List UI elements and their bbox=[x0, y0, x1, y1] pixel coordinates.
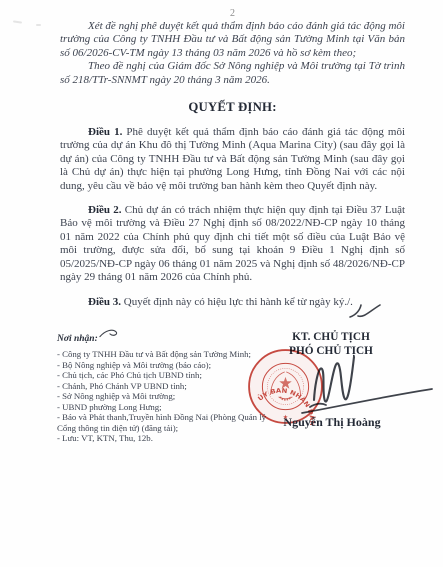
signature-icon bbox=[286, 345, 438, 425]
decision-heading: QUYẾT ĐỊNH: bbox=[60, 100, 405, 115]
recipient-item: - Chủ tịch, các Phó Chủ tịch UBND tỉnh; bbox=[57, 370, 269, 381]
article-1-label: Điều 1. bbox=[88, 126, 122, 138]
recipient-item: - Báo và Phát thanh,Truyền hình Đồng Nai… bbox=[57, 412, 269, 433]
article-1: Điều 1. Phê duyệt kết quả thẩm định báo … bbox=[60, 126, 405, 193]
signature-ink bbox=[286, 345, 438, 425]
preamble-paragraph: Xét đề nghị phê duyệt kết quả thẩm định … bbox=[60, 20, 405, 60]
page-number: 2 bbox=[60, 7, 405, 20]
article-3-text: Quyết định này có hiệu lực thi hành kể t… bbox=[124, 296, 353, 308]
recipient-item: - Lưu: VT, KTN, Thu, 12b. bbox=[57, 433, 269, 444]
signer-title-acting: KT. CHỦ TỊCH bbox=[250, 331, 412, 345]
recipient-list: - Công ty TNHH Đầu tư và Bất động sản Tư… bbox=[57, 349, 269, 444]
article-2: Điều 2. Chủ dự án có trách nhiệm thực hi… bbox=[60, 204, 405, 284]
recipients-block: Nơi nhận: - Công ty TNHH Đầu tư và Bất đ… bbox=[57, 327, 269, 444]
recipients-label: Nơi nhận: bbox=[57, 334, 98, 344]
pen-tick-icon bbox=[347, 302, 383, 320]
preamble-paragraph: Theo đề nghị của Giám đốc Sở Nông nghiệp… bbox=[60, 60, 405, 87]
recipient-item: - Chánh, Phó Chánh VP UBND tỉnh; bbox=[57, 381, 269, 392]
recipient-item: - Sở Nông nghiệp và Môi trường; bbox=[57, 391, 269, 402]
document-body: 2 Xét đề nghị phê duyệt kết quả thẩm địn… bbox=[0, 0, 443, 309]
recipient-item: - Công ty TNHH Đầu tư và Bất động sản Tư… bbox=[57, 349, 269, 360]
document-page: 2 Xét đề nghị phê duyệt kết quả thẩm địn… bbox=[0, 0, 443, 567]
signer-name: Nguyễn Thị Hoàng bbox=[262, 415, 402, 430]
recipient-item: - UBND phường Long Hưng; bbox=[57, 402, 269, 413]
pen-tick-mark bbox=[347, 302, 383, 320]
pen-flourish-icon bbox=[99, 327, 119, 339]
recipient-item: - Bộ Nông nghiệp và Môi trường (báo cáo)… bbox=[57, 360, 269, 371]
article-3-label: Điều 3. bbox=[88, 296, 121, 308]
scan-artifact bbox=[36, 24, 41, 26]
article-2-label: Điều 2. bbox=[88, 204, 122, 216]
